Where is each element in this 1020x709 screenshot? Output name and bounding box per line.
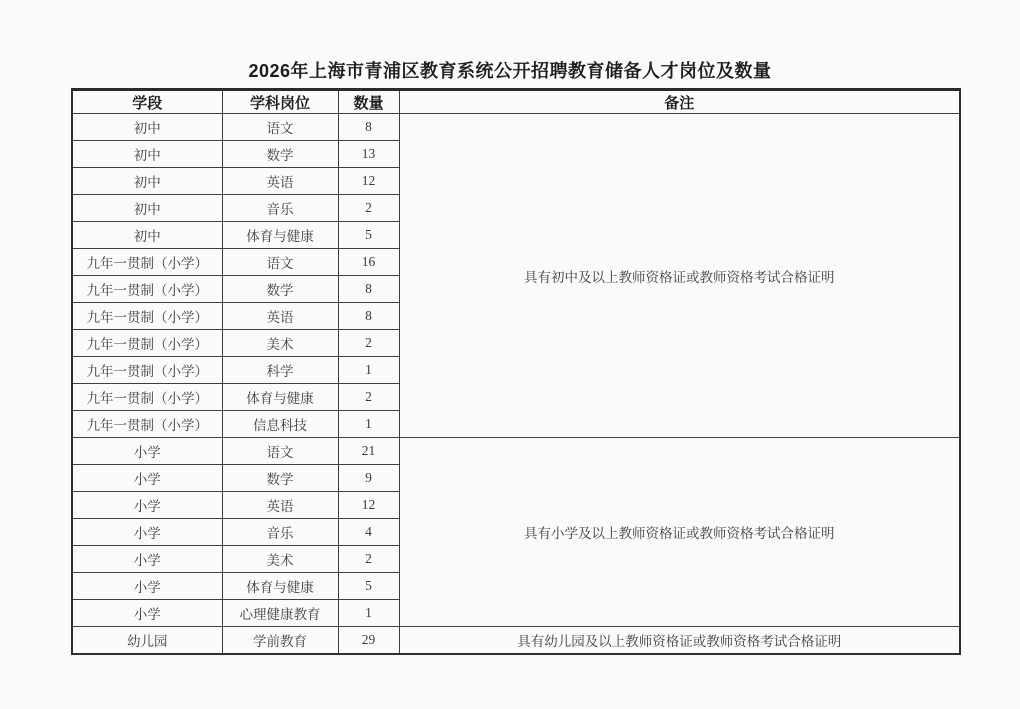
cell-count: 5 (338, 573, 399, 600)
cell-subject: 体育与健康 (222, 573, 338, 600)
cell-stage: 小学 (72, 600, 222, 627)
cell-subject: 科学 (222, 357, 338, 384)
cell-stage: 九年一贯制（小学） (72, 384, 222, 411)
cell-stage: 幼儿园 (72, 627, 222, 655)
cell-stage: 九年一贯制（小学） (72, 411, 222, 438)
cell-stage: 九年一贯制（小学） (72, 330, 222, 357)
cell-stage: 小学 (72, 465, 222, 492)
table-row: 幼儿园学前教育29具有幼儿园及以上教师资格证或教师资格考试合格证明 (72, 627, 960, 655)
cell-stage: 九年一贯制（小学） (72, 249, 222, 276)
cell-stage: 初中 (72, 222, 222, 249)
cell-subject: 美术 (222, 546, 338, 573)
cell-stage: 小学 (72, 438, 222, 465)
cell-stage: 九年一贯制（小学） (72, 357, 222, 384)
cell-subject: 英语 (222, 168, 338, 195)
cell-stage: 小学 (72, 519, 222, 546)
cell-subject: 数学 (222, 465, 338, 492)
cell-count: 29 (338, 627, 399, 655)
cell-subject: 体育与健康 (222, 384, 338, 411)
table-row: 小学语文21具有小学及以上教师资格证或教师资格考试合格证明 (72, 438, 960, 465)
cell-subject: 音乐 (222, 195, 338, 222)
cell-count: 9 (338, 465, 399, 492)
cell-count: 12 (338, 168, 399, 195)
cell-subject: 语文 (222, 438, 338, 465)
cell-subject: 信息科技 (222, 411, 338, 438)
cell-count: 2 (338, 330, 399, 357)
cell-stage: 初中 (72, 141, 222, 168)
cell-stage: 九年一贯制（小学） (72, 303, 222, 330)
cell-remark: 具有初中及以上教师资格证或教师资格考试合格证明 (399, 114, 960, 438)
cell-count: 8 (338, 276, 399, 303)
cell-count: 4 (338, 519, 399, 546)
cell-stage: 小学 (72, 492, 222, 519)
cell-stage: 初中 (72, 114, 222, 141)
header-subject: 学科岗位 (222, 90, 338, 114)
table-row: 初中语文8具有初中及以上教师资格证或教师资格考试合格证明 (72, 114, 960, 141)
cell-stage: 小学 (72, 573, 222, 600)
cell-stage: 小学 (72, 546, 222, 573)
recruitment-table: 学段 学科岗位 数量 备注 初中语文8具有初中及以上教师资格证或教师资格考试合格… (71, 88, 961, 655)
cell-count: 2 (338, 384, 399, 411)
cell-subject: 美术 (222, 330, 338, 357)
cell-subject: 英语 (222, 492, 338, 519)
cell-stage: 初中 (72, 195, 222, 222)
cell-count: 13 (338, 141, 399, 168)
cell-count: 16 (338, 249, 399, 276)
header-row: 学段 学科岗位 数量 备注 (72, 90, 960, 114)
header-stage: 学段 (72, 90, 222, 114)
cell-remark: 具有幼儿园及以上教师资格证或教师资格考试合格证明 (399, 627, 960, 655)
cell-subject: 体育与健康 (222, 222, 338, 249)
cell-count: 1 (338, 600, 399, 627)
cell-count: 1 (338, 411, 399, 438)
table-body: 初中语文8具有初中及以上教师资格证或教师资格考试合格证明初中数学13初中英语12… (72, 114, 960, 655)
cell-subject: 语文 (222, 114, 338, 141)
cell-subject: 语文 (222, 249, 338, 276)
cell-count: 21 (338, 438, 399, 465)
cell-subject: 音乐 (222, 519, 338, 546)
cell-stage: 初中 (72, 168, 222, 195)
header-count: 数量 (338, 90, 399, 114)
cell-remark: 具有小学及以上教师资格证或教师资格考试合格证明 (399, 438, 960, 627)
cell-count: 2 (338, 195, 399, 222)
cell-count: 8 (338, 303, 399, 330)
cell-subject: 心理健康教育 (222, 600, 338, 627)
cell-count: 5 (338, 222, 399, 249)
cell-count: 12 (338, 492, 399, 519)
cell-subject: 数学 (222, 276, 338, 303)
cell-subject: 数学 (222, 141, 338, 168)
cell-stage: 九年一贯制（小学） (72, 276, 222, 303)
header-remark: 备注 (399, 90, 960, 114)
cell-count: 1 (338, 357, 399, 384)
document-title: 2026年上海市青浦区教育系统公开招聘教育储备人才岗位及数量 (0, 57, 1020, 83)
cell-count: 2 (338, 546, 399, 573)
document-page: 2026年上海市青浦区教育系统公开招聘教育储备人才岗位及数量 学段 学科岗位 数… (0, 0, 1020, 709)
cell-subject: 英语 (222, 303, 338, 330)
cell-count: 8 (338, 114, 399, 141)
cell-subject: 学前教育 (222, 627, 338, 655)
